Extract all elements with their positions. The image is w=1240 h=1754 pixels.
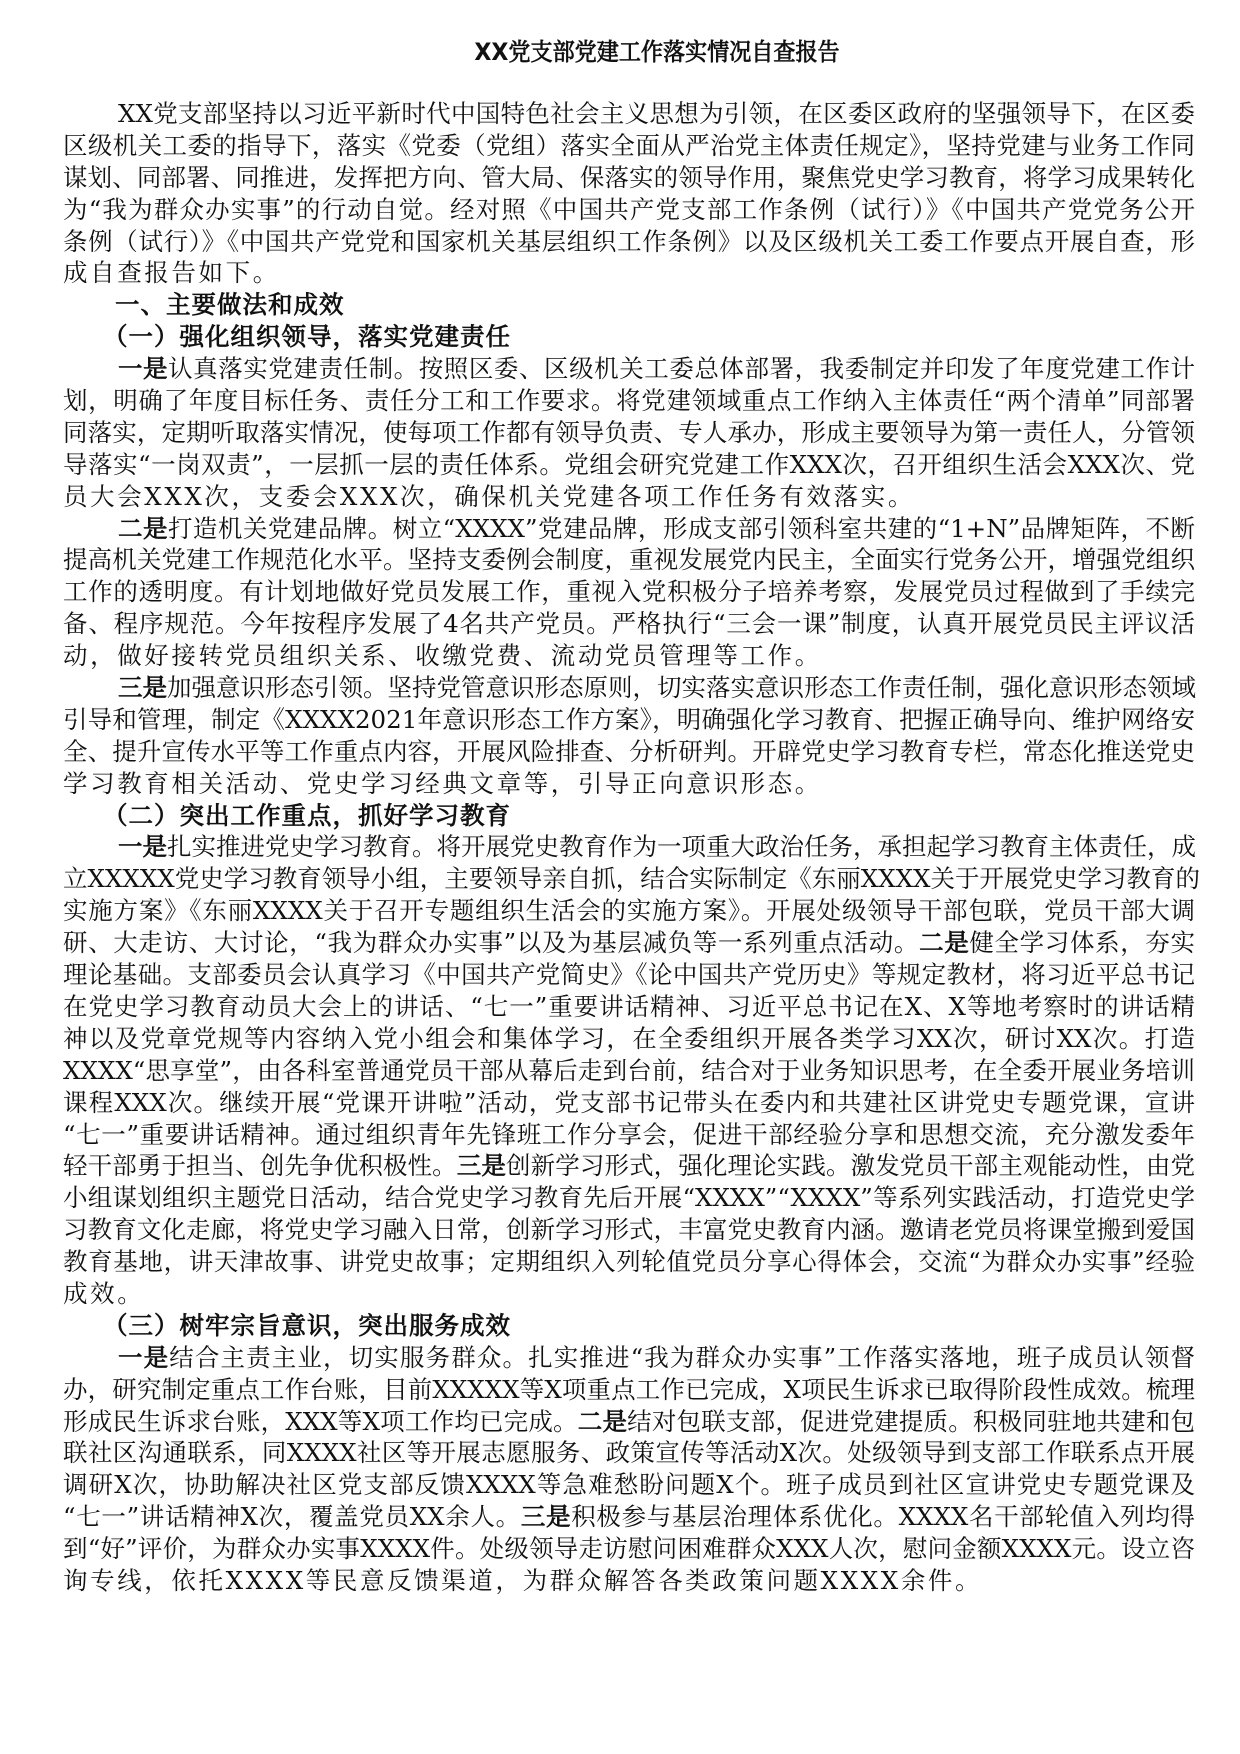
subsection-heading: （一）强化组织领导，落实党建责任 [63, 321, 1195, 353]
text-line: 到“好”评价，为群众办实事XXXX件。处级领导走访慰问困难群众XXX人次，慰问金… [63, 1533, 1195, 1565]
paragraph-brand: 二是打造机关党建品牌。树立“XXXX”党建品牌，形成支部引领科室共建的“1+N”… [63, 513, 1195, 672]
lead-label: 一是 [118, 832, 167, 861]
text-line: 划，明确了年度目标任务、责任分工和工作要求。将党建领域重点工作纳入主体责任“两个… [63, 385, 1195, 417]
text-line: XXXX“思享堂”，由各科室普通党员干部从幕后走到台前，结合对于业务知识思考，在… [63, 1055, 1195, 1087]
text-line: 联社区沟通联系，同XXXX社区等开展志愿服务、政策宣传等活动X次。处级领导到支部… [63, 1437, 1195, 1469]
text-line: 成自查报告如下。 [63, 257, 1195, 289]
text-line: 理论基础。支部委员会认真学习《中国共产党简史》《论中国共产党历史》等规定教材，将… [63, 959, 1195, 991]
lead-label: 二是 [578, 1407, 627, 1436]
text-line: 学习教育相关活动、党史学习经典文章等，引导正向意识形态。 [63, 768, 1195, 800]
text-line: 询专线，依托XXXX等民意反馈渠道，为群众解答各类政策问题XXXX余件。 [63, 1565, 1195, 1597]
text-line: 办，研究制定重点工作台账，目前XXXXX等X项重点工作已完成，X项民生诉求已取得… [63, 1374, 1195, 1406]
text-line: 形成民生诉求台账，XXX等X项工作均已完成。二是结对包联支部，促进党建提质。积极… [63, 1406, 1195, 1438]
text-line: 为“我为群众办实事”的行动自觉。经对照《中国共产党支部工作条例（试行）》《中国共… [63, 194, 1195, 226]
text-line: 提高机关党建工作规范化水平。坚持支委例会制度，重视发展党内民主，全面实行党务公开… [63, 544, 1195, 576]
text-line: 习教育文化走廊，将党史学习融入日常，创新学习形式，丰富党史教育内涵。邀请老党员将… [63, 1214, 1195, 1246]
text-line: 成效。 [63, 1278, 1195, 1310]
text-line: “七一”重要讲话精神。通过组织青年先锋班工作分享会，促进干部经验分享和思想交流，… [63, 1119, 1195, 1151]
text-line: “七一”讲话精神X次，覆盖党员XX余人。三是积极参与基层治理体系优化。XXXX名… [63, 1501, 1195, 1533]
paragraph-ideology: 三是加强意识形态引领。坚持党管意识形态原则，切实落实意识形态工作责任制，强化意识… [63, 672, 1195, 800]
intro-paragraph: XX党支部坚持以习近平新时代中国特色社会主义思想为引领，在区委区政府的坚强领导下… [63, 98, 1195, 289]
text-line: 动，做好接转党员组织关系、收缴党费、流动党员管理等工作。 [63, 640, 1195, 672]
paragraph-study: 一是扎实推进党史学习教育。将开展党史教育作为一项重大政治任务，承担起学习教育主体… [63, 831, 1195, 1309]
lead-label: 三是 [118, 673, 167, 702]
paragraph-service: 一是结合主责主业，切实服务群众。扎实推进“我为群众办实事”工作落实落地，班子成员… [63, 1342, 1195, 1597]
text-line: 导落实“一岗双责”，一层抓一层的责任体系。党组会研究党建工作XXX次，召开组织生… [63, 449, 1195, 481]
text-line: 实施方案》《东丽XXXX关于召开专题组织生活会的实施方案》。开展处级领导干部包联… [63, 895, 1195, 927]
text-line: 二是打造机关党建品牌。树立“XXXX”党建品牌，形成支部引领科室共建的“1+N”… [63, 513, 1195, 545]
lead-label: 一是 [118, 354, 168, 383]
text-line: 引导和管理，制定《XXXX2021年意识形态工作方案》，明确强化学习教育、把握正… [63, 704, 1195, 736]
section-heading: 一、主要做法和成效 [63, 289, 1195, 321]
text-line: 轻干部勇于担当、创先争优积极性。三是创新学习形式，强化理论实践。激发党员干部主观… [63, 1150, 1195, 1182]
lead-label: 二是 [118, 514, 168, 543]
lead-label: 三是 [457, 1151, 506, 1180]
text-line: 研、大走访、大讨论，“我为群众办实事”以及为基层减负等一系列重点活动。二是健全学… [63, 927, 1195, 959]
text-line: 神以及党章党规等内容纳入党小组会和集体学习，在全委组织开展各类学习XX次，研讨X… [63, 1023, 1195, 1055]
paragraph-responsibility: 一是认真落实党建责任制。按照区委、区级机关工委总体部署，我委制定并印发了年度党建… [63, 353, 1195, 512]
text-line: 区级机关工委的指导下，落实《党委（党组）落实全面从严治党主体责任规定》，坚持党建… [63, 130, 1195, 162]
subsection-heading: （三）树牢宗旨意识，突出服务成效 [63, 1310, 1195, 1342]
text-line: 谋划、同部署、同推进，发挥把方向、管大局、保落实的领导作用，聚焦党史学习教育，将… [63, 162, 1195, 194]
text-line: XX党支部坚持以习近平新时代中国特色社会主义思想为引领，在区委区政府的坚强领导下… [63, 98, 1195, 130]
text-line: 一是结合主责主业，切实服务群众。扎实推进“我为群众办实事”工作落实落地，班子成员… [63, 1342, 1195, 1374]
document-title: XX党支部党建工作落实情况自查报告 [111, 34, 1204, 70]
document-body: XX党支部坚持以习近平新时代中国特色社会主义思想为引领，在区委区政府的坚强领导下… [63, 98, 1195, 1597]
text-line: 全、提升宣传水平等工作重点内容，开展风险排查、分析研判。开辟党史学习教育专栏，常… [63, 736, 1195, 768]
text-line: 工作的透明度。有计划地做好党员发展工作，重视入党积极分子培养考察，发展党员过程做… [63, 576, 1195, 608]
text-line: 在党史学习教育动员大会上的讲话、“七一”重要讲话精神、习近平总书记在X、X等地考… [63, 991, 1195, 1023]
lead-label: 一是 [118, 1343, 169, 1372]
text-line: 教育基地，讲天津故事、讲党史故事；定期组织入列轮值党员分享心得体会，交流“为群众… [63, 1246, 1195, 1278]
text-line: 小组谋划组织主题党日活动，结合党史学习教育先后开展“XXXX”“XXXX”等系列… [63, 1182, 1195, 1214]
lead-label: 三是 [521, 1502, 571, 1531]
text-line: 三是加强意识形态引领。坚持党管意识形态原则，切实落实意识形态工作责任制，强化意识… [63, 672, 1195, 704]
text-line: 条例（试行）》《中国共产党党和国家机关基层组织工作条例》以及区级机关工委工作要点… [63, 226, 1195, 258]
text-line: 立XXXXX党史学习教育领导小组，主要领导亲自抓，结合实际制定《东丽XXXX关于… [63, 863, 1195, 895]
subsection-heading: （二）突出工作重点，抓好学习教育 [63, 800, 1195, 832]
text-line: 同落实，定期听取落实情况，使每项工作都有领导负责、专人承办，形成主要领导为第一责… [63, 417, 1195, 449]
text-line: 调研X次，协助解决社区党支部反馈XXXX等急难愁盼问题X个。班子成员到社区宣讲党… [63, 1469, 1195, 1501]
lead-label: 二是 [919, 928, 969, 957]
text-line: 一是扎实推进党史学习教育。将开展党史教育作为一项重大政治任务，承担起学习教育主体… [63, 831, 1195, 863]
text-line: 课程XXX次。继续开展“党课开讲啦”活动，党支部书记带头在委内和共建社区讲党史专… [63, 1087, 1195, 1119]
text-line: 员大会XXX次，支委会XXX次，确保机关党建各项工作任务有效落实。 [63, 481, 1195, 513]
text-line: 一是认真落实党建责任制。按照区委、区级机关工委总体部署，我委制定并印发了年度党建… [63, 353, 1195, 385]
text-line: 备、程序规范。今年按程序发展了4名共产党员。严格执行“三会一课”制度，认真开展党… [63, 608, 1195, 640]
